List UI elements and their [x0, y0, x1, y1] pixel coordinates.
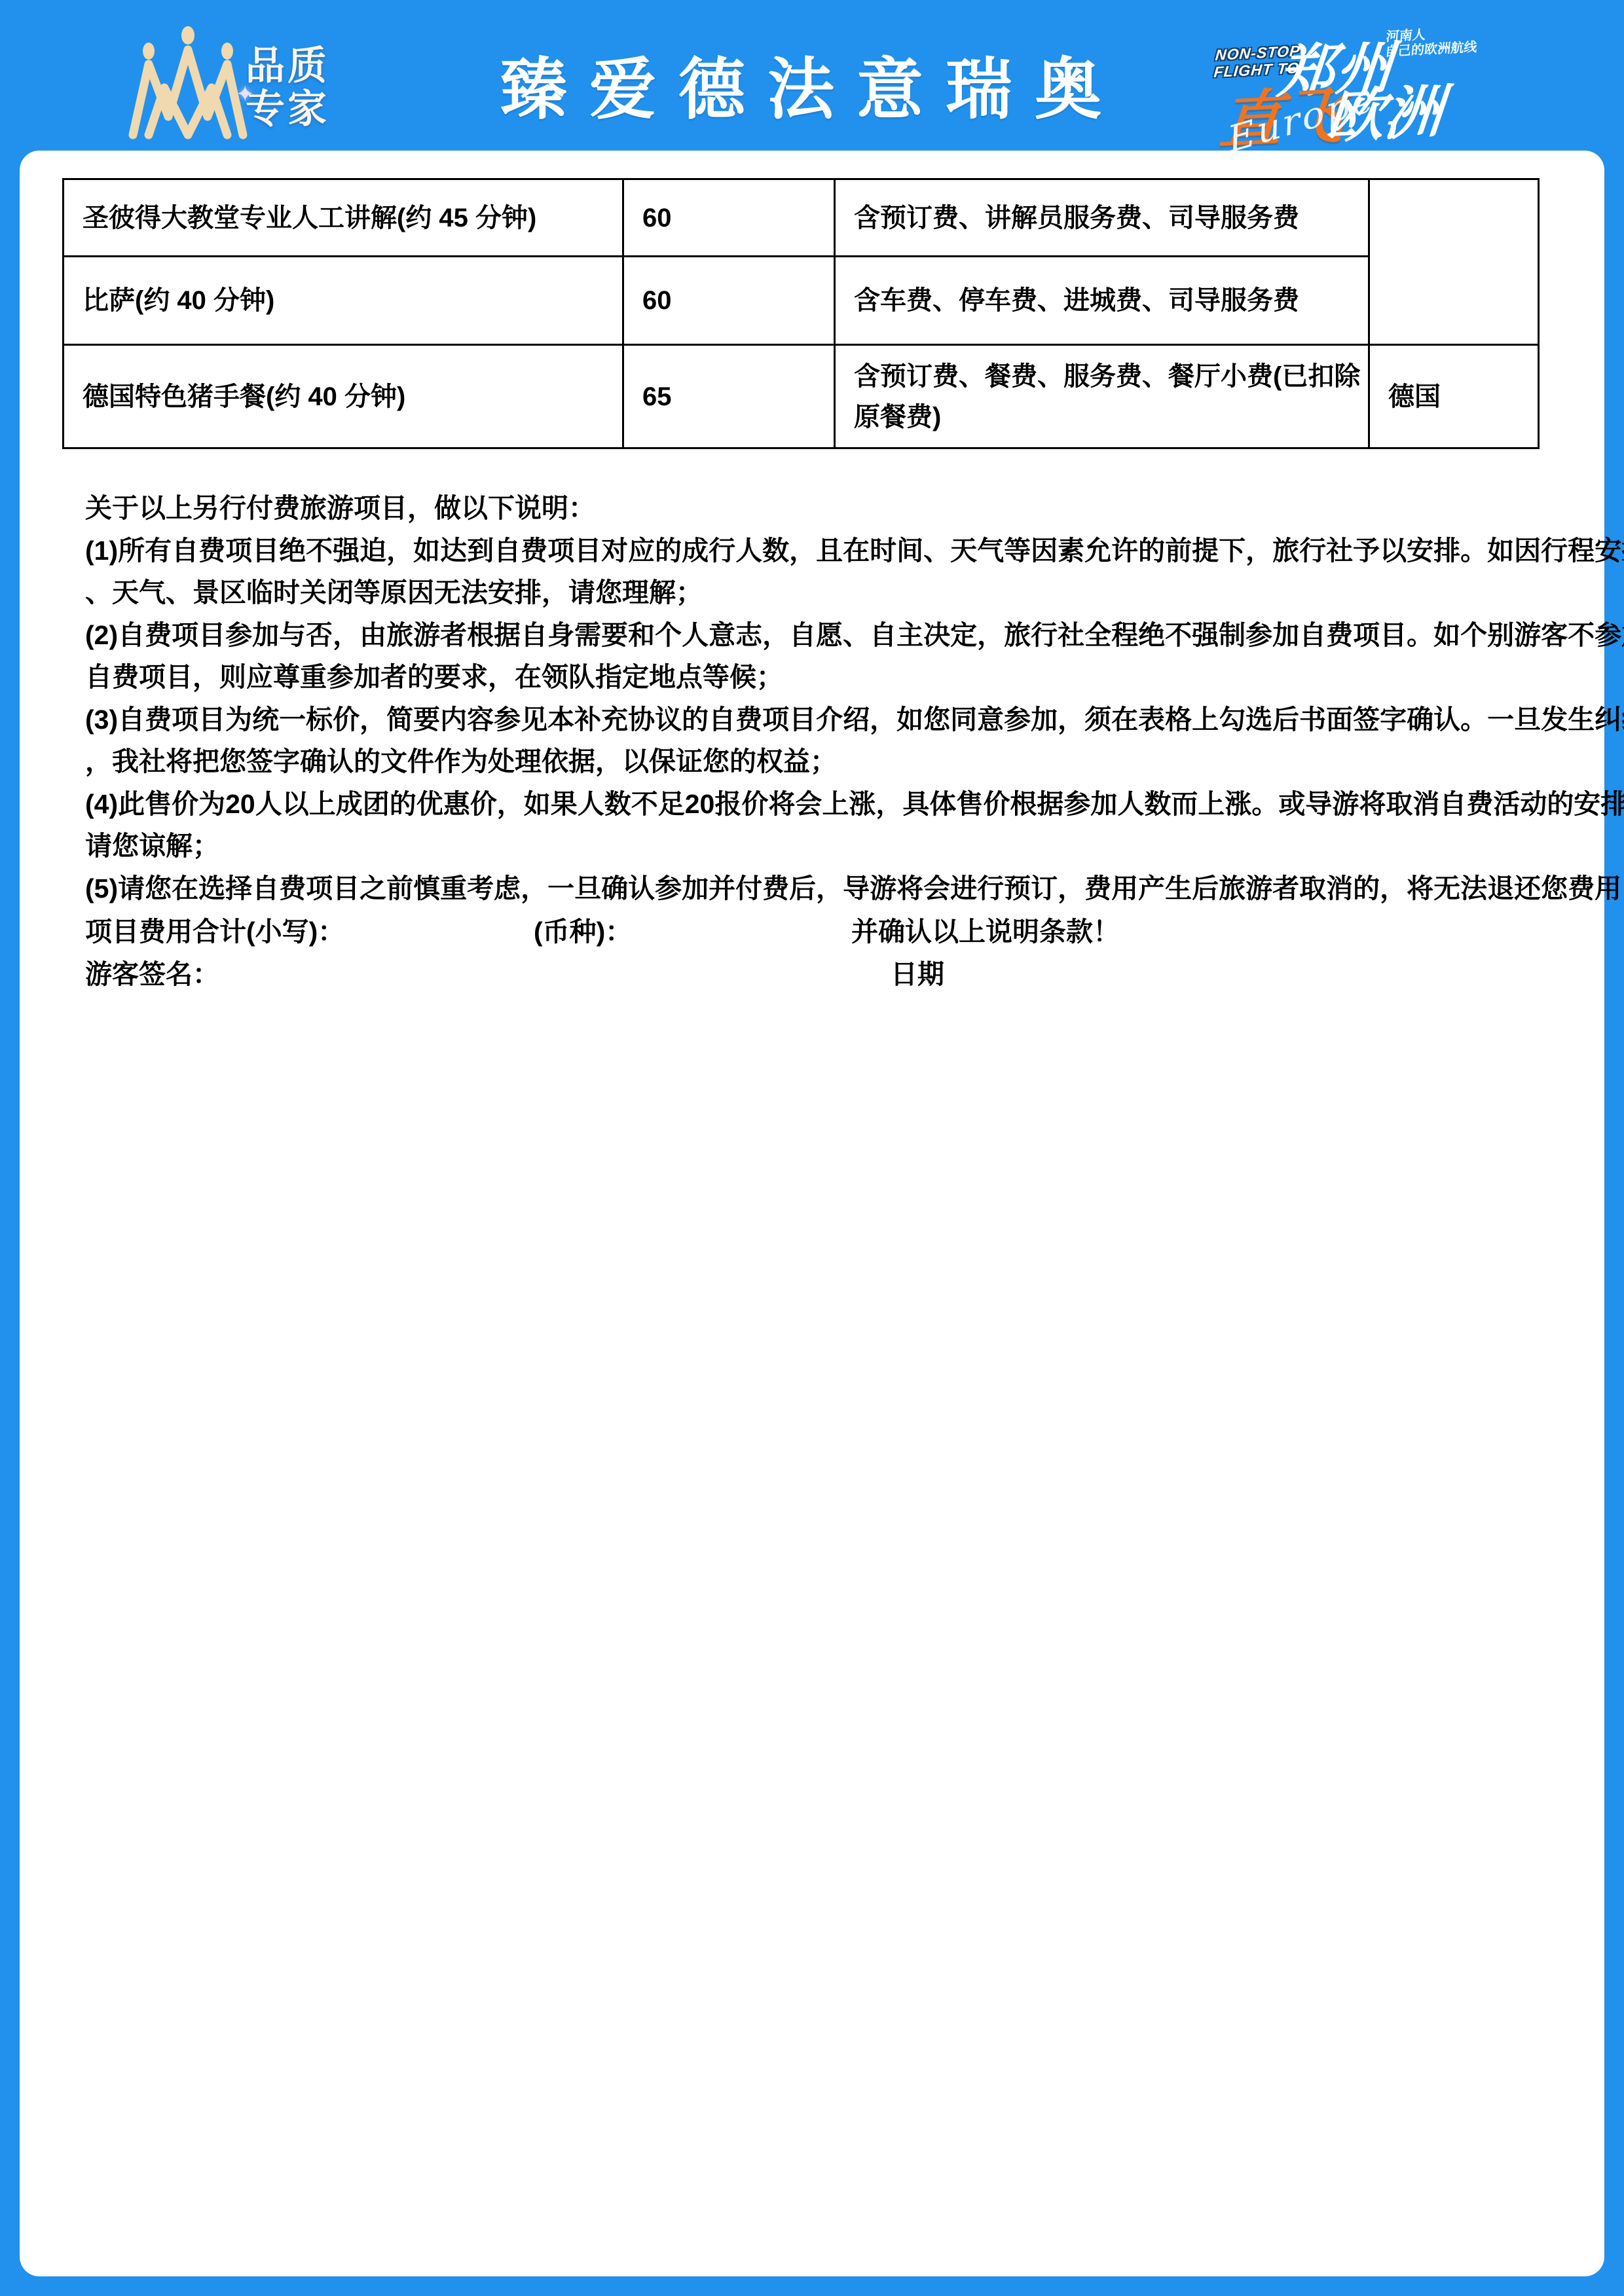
confirm-terms-label: 并确认以上说明条款！ [851, 911, 1120, 953]
document-page: ✦ 品质 专家 臻爱德法意瑞奥 NON-STOP FLIGHT TO 郑州 河南… [0, 0, 1624, 2296]
total-amount-label: 项目费用合计(小写)： [85, 911, 344, 953]
notes-intro-line: 关于以上另行付费旅游项目，做以下说明： [85, 487, 1552, 530]
notes-line: (4)此售价为20人以上成团的优惠价，如果人数不足20报价将会上涨，具体售价根据… [85, 783, 1552, 826]
includes-cell: 含预订费、餐费、服务费、餐厅小费(已扣除原餐费) [835, 345, 1369, 448]
paid-items-table: 圣彼得大教堂专业人工讲解(约 45 分钟) 60 含预订费、讲解员服务费、司导服… [62, 178, 1540, 449]
item-cell: 圣彼得大教堂专业人工讲解(约 45 分钟) [64, 179, 623, 257]
signature-line: 游客签名： 日期 [85, 953, 1552, 995]
includes-cell: 含车费、停车费、进城费、司导服务费 [835, 257, 1369, 345]
notes-line: (2)自费项目参加与否，由旅游者根据自身需要和个人意志，自愿、自主决定，旅行社全… [85, 614, 1552, 657]
notes-line: (3)自费项目为统一标价，简要内容参见本补充协议的自费项目介绍，如您同意参加，须… [85, 699, 1552, 741]
route-logo: NON-STOP FLIGHT TO 郑州 河南人 自己的欧洲航线 直飞 欧洲 … [1207, 20, 1494, 153]
notes-line: (5)请您在选择自费项目之前慎重考虑，一旦确认参加并付费后，导游将会进行预订，费… [85, 867, 1552, 910]
notes-line: 自费项目，则应尊重参加者的要求，在领队指定地点等候； [85, 656, 1552, 699]
item-cell: 德国特色猪手餐(约 40 分钟) [64, 345, 623, 448]
table-row: 圣彼得大教堂专业人工讲解(约 45 分钟) 60 含预订费、讲解员服务费、司导服… [64, 179, 1539, 257]
tourist-signature-label: 游客签名： [85, 953, 219, 995]
notes-line: (1)所有自费项目绝不强迫，如达到自费项目对应的成行人数，且在时间、天气等因素允… [85, 530, 1552, 572]
route-tagline: 河南人 自己的欧洲航线 [1384, 25, 1479, 60]
price-cell: 60 [623, 179, 835, 257]
notes-line: 请您谅解； [85, 825, 1552, 867]
date-label: 日期 [891, 953, 944, 995]
country-cell [1369, 179, 1539, 345]
price-cell: 60 [623, 257, 835, 345]
item-cell: 比萨(约 40 分钟) [64, 257, 623, 345]
country-cell: 德国 [1369, 345, 1539, 448]
content-card [20, 151, 1604, 2276]
totals-line: 项目费用合计(小写)： (币种)： 并确认以上说明条款！ [85, 911, 1552, 953]
table-row: 比萨(约 40 分钟) 60 含车费、停车费、进城费、司导服务费 [64, 257, 1539, 345]
notes-line: 、天气、景区临时关闭等原因无法安排，请您理解； [85, 572, 1552, 614]
currency-label: (币种)： [534, 911, 632, 953]
price-cell: 65 [623, 345, 835, 448]
notes-block: 关于以上另行付费旅游项目，做以下说明： (1)所有自费项目绝不强迫，如达到自费项… [85, 487, 1552, 909]
notes-line: ，我社将把您签字确认的文件作为处理依据，以保证您的权益； [85, 740, 1552, 783]
table-row: 德国特色猪手餐(约 40 分钟) 65 含预订费、餐费、服务费、餐厅小费(已扣除… [64, 345, 1539, 448]
includes-cell: 含预订费、讲解员服务费、司导服务费 [835, 179, 1369, 257]
